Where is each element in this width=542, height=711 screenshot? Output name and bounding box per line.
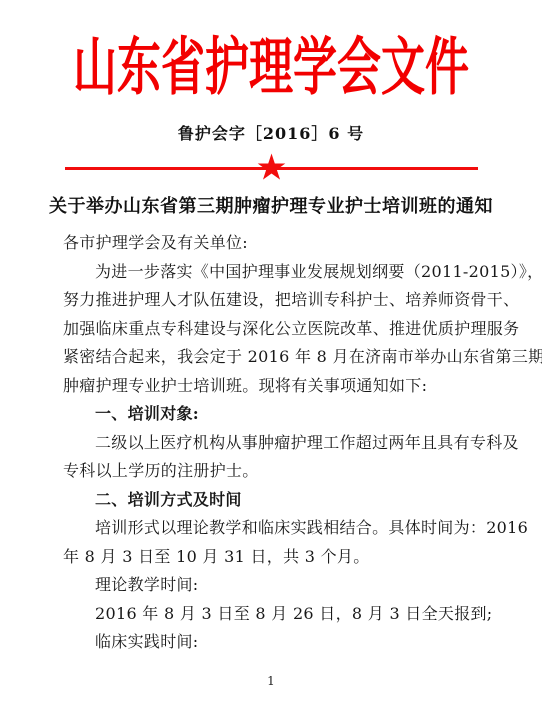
doc-number: 鲁护会字［2016］6 号 xyxy=(0,121,542,144)
body-line: 临床实践时间: xyxy=(63,628,481,657)
red-divider-line: ★ xyxy=(65,167,478,170)
page-number: 1 xyxy=(0,674,542,688)
body-line: 二级以上医疗机构从事肿瘤护理工作超过两年且具有专科及 xyxy=(63,429,481,458)
body-line: 各市护理学会及有关单位: xyxy=(63,229,481,258)
body-line: 2016 年 8 月 3 日至 8 月 26 日，8 月 3 日全天报到; xyxy=(63,600,481,629)
body-line: 二、培训方式及时间 xyxy=(63,486,481,515)
org-title: 山东省护理学会文件 xyxy=(0,16,542,107)
body-line: 肿瘤护理专业护士培训班。现将有关事项通知如下: xyxy=(63,372,481,401)
body-line: 加强临床重点专科建设与深化公立医院改革、推进优质护理服务 xyxy=(63,315,481,344)
body-line: 培训形式以理论教学和临床实践相结合。具体时间为：2016 xyxy=(63,514,481,543)
body-line: 紧密结合起来，我会定于 2016 年 8 月在济南市举办山东省第三期 xyxy=(63,343,481,372)
body-line: 为进一步落实《中国护理事业发展规划纲要（2011-2015）》， xyxy=(63,258,481,287)
star-icon: ★ xyxy=(255,150,287,186)
body-line: 努力推进护理人才队伍建设，把培训专科护士、培养师资骨干、 xyxy=(63,286,481,315)
body-line: 一、培训对象: xyxy=(63,400,481,429)
body-line: 年 8 月 3 日至 10 月 31 日，共 3 个月。 xyxy=(63,543,481,572)
body-line: 专科以上学历的注册护士。 xyxy=(63,457,481,486)
document-page: 山东省护理学会文件 鲁护会字［2016］6 号 ★ 关于举办山东省第三期肿瘤护理… xyxy=(0,0,542,711)
body-line: 理论教学时间: xyxy=(63,571,481,600)
document-title: 关于举办山东省第三期肿瘤护理专业护士培训班的通知 xyxy=(0,192,542,218)
document-body: 各市护理学会及有关单位:为进一步落实《中国护理事业发展规划纲要（2011-201… xyxy=(63,229,481,657)
